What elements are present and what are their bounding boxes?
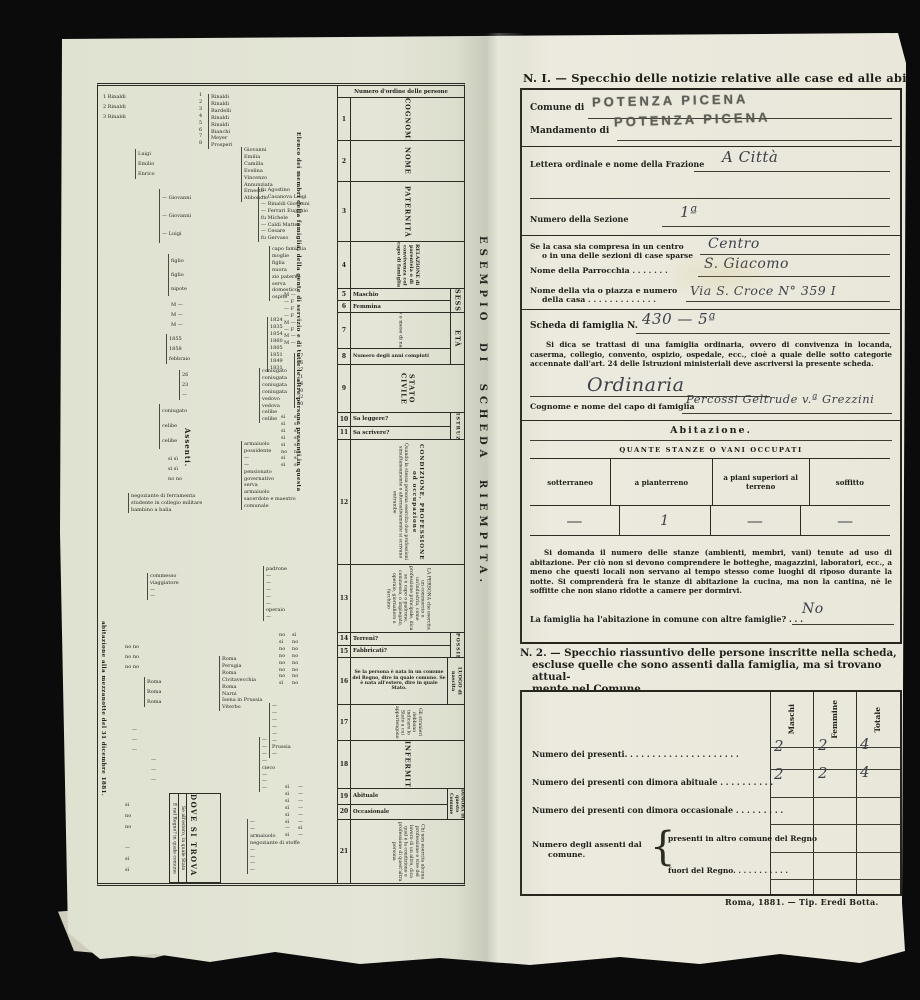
stanze-col-sotterraneo: sotterraneo [530, 459, 611, 505]
header-bottom-rule [770, 747, 900, 748]
header-stato-civile: 9 STATO CIVILE [338, 364, 464, 412]
assenti-anni-compiuti: 2623— [179, 370, 188, 400]
nota-paragraph: Si domanda il numero delle stanze (ambie… [530, 548, 892, 596]
sezione-label: Numero della Sezione [530, 214, 628, 224]
n2-title-line2: escluse quelle che sono assenti dalla fa… [520, 660, 902, 684]
famiglie-line [792, 624, 894, 625]
stanze-value-piani-superiori: — [711, 506, 801, 535]
header-sublabel: Se la persona è nata in un comune del Re… [351, 658, 447, 704]
stanze-value-soffitto: — [801, 506, 890, 535]
assenti-possiede: no nono nono no [125, 642, 139, 672]
header-label: Terreni? [351, 636, 450, 642]
paper-stain [660, 250, 780, 300]
assenti-dashes-2: ——— [151, 755, 156, 785]
main-sesso: M —— F— F— FM —— FM —M — [284, 292, 296, 347]
n2-title: N. 2. — Specchio riassuntivo delle perso… [520, 648, 902, 696]
capo-handwriting: Percossi Geltrude v.ª Grezzini [686, 392, 874, 406]
sezione-handwriting: 1ª [680, 203, 698, 221]
row-rule [770, 852, 900, 853]
col-number: 18 [338, 741, 351, 788]
main-terreni: nosìnononononosì [279, 632, 285, 687]
header-label: CONDIZIONE, PROFESSIONE od occupazione [410, 440, 424, 564]
frazione-handwriting: A Città [722, 148, 778, 166]
col-number: 9 [338, 365, 351, 412]
via-label-1: Nome della via o piazza e numero [530, 286, 677, 295]
header-occasionale: 20Occasionale [338, 804, 447, 820]
n2-box: Maschi Femmine Totale Numero dei present… [520, 690, 902, 896]
assenti-sa-leggere-scrivere: sì sìsì sìno no [168, 454, 182, 484]
assenti-dove-regno-vals: sìnono [125, 800, 131, 833]
divider [522, 420, 900, 421]
famiglie-handwriting: No [802, 601, 824, 617]
col-number: 19 [338, 789, 351, 804]
mandamento-label: Mandamento di [530, 126, 609, 136]
n2-row4-sub2: fuori del Regno. . . . . . . . . . . [668, 866, 788, 875]
header-possiede-group: 14Terreni? 15Fabbricati? POSSIEDE [338, 632, 464, 657]
stanze-col-soffitto: soffitto [810, 459, 890, 505]
assenti-anno-nascita: 18551858febbraio [166, 334, 190, 364]
capo-line [682, 413, 892, 414]
main-fabbricati: sìnonononononono [292, 632, 298, 687]
sezione-line [662, 226, 890, 227]
header-label: PATERNITÀ [403, 186, 411, 238]
assenti-posizione: commesso viaggiatore—— [147, 573, 205, 600]
col-number: 1 [338, 98, 351, 140]
main-ordine: 12345678 [199, 92, 202, 147]
stanze-title: QUANTE STANZE O VANI OCCUPATI [522, 446, 900, 454]
page-crease [455, 33, 525, 963]
scheda-line [636, 333, 890, 334]
header-paternita: 3 PATERNITÀ [338, 181, 464, 241]
header-sa-leggere: 10Sa leggere? [338, 413, 450, 426]
assenti-paternita: — Giovanni— Giovanni— Luigi [159, 189, 191, 243]
col-number: 16 [338, 658, 351, 704]
col-number: 17 [338, 705, 351, 740]
capo-label: Cognome e nome del capo di famiglia [530, 402, 695, 411]
main-professione: armaiuolopossidente——pensionato governat… [241, 441, 302, 510]
header-label: Sa scrivere? [351, 430, 450, 436]
col-number: 3 [338, 182, 351, 241]
header-label: INFERMITÀ [403, 741, 411, 788]
header-label: Chi non esercita alcuna professione e vi… [390, 820, 424, 883]
row-rule [770, 769, 900, 770]
header-label: Maschio [351, 292, 450, 298]
n2-row1-femmine: 2 [818, 736, 828, 754]
n2-row4-label2: comune. [548, 850, 585, 859]
n2-row3-label: Numero dei presenti con dimora occasiona… [532, 805, 783, 815]
header-label: Anno o mese di nascita [397, 313, 403, 348]
col-number: 10 [338, 413, 351, 426]
assenti-dove-estero-vals: —sìsì [125, 843, 130, 876]
col-number: 2 [338, 141, 351, 181]
header-anni-compiuti: 8Numero degli anni compiuti [338, 348, 450, 364]
stanze-value-pianterreno: 1 [620, 506, 710, 535]
header-cognome: 1 COGNOME [338, 97, 464, 140]
istruzioni-paragraph: Si dica se trattasi di una famiglia ordi… [530, 340, 892, 369]
assenti-ordine-cognome: 1 Rinaldi2 Rinaldi3 Rinaldi [103, 92, 126, 122]
col-number: 7 [338, 313, 351, 348]
n2-row2-femmine: 2 [818, 764, 828, 782]
row-rule [770, 797, 900, 798]
header-label: RELAZIONE di parentela o di convivenza c… [395, 242, 420, 288]
header-label: NOME [403, 147, 411, 175]
comune-stamp: POTENZA PICENA [592, 91, 749, 109]
divider [522, 146, 900, 147]
header-anno-nascita: 7Anno o mese di nascita [338, 313, 450, 348]
blank-line [530, 198, 890, 199]
header-label: Sa leggere? [351, 416, 450, 422]
brace: { [650, 824, 675, 870]
header-sesso-group: 5Maschio 6Femmina SESSO [338, 288, 464, 312]
scheda-handwriting: 430 — 5ª [642, 310, 716, 328]
n2-row2-maschi: 2 [774, 765, 784, 783]
scheda-label: Scheda di famiglia N. [530, 321, 638, 331]
header-nome: 2 NOME [338, 140, 464, 181]
header-terreni: 14Terreni? [338, 633, 450, 645]
header-numero-ordine: Numero d'ordine delle persone [338, 86, 464, 97]
main-anni-compiuti: 5746272176303250 [294, 353, 303, 408]
col-number: 5 [338, 289, 351, 300]
header-label: COGNOME [403, 98, 411, 140]
dove-regno-header: È nel Regno? in quale comune [170, 794, 179, 882]
main-paternita: fu Agostino— Casanova Luigi— Rinaldi Gio… [258, 187, 310, 242]
tipo-handwriting: Ordinaria [587, 374, 684, 396]
header-mantenimento: 21 Chi non esercita alcuna professione e… [338, 819, 464, 883]
col-number: 21 [338, 820, 351, 883]
stanze-table: sotterraneo a pianterreno a piani superi… [530, 458, 890, 536]
header-label: Occasionale [351, 809, 447, 815]
elenco-title-line2: abitazione alla mezzanotte del 31 dicemb… [100, 621, 106, 851]
mandamento-line [617, 140, 892, 141]
rule [530, 440, 892, 441]
assenti-stato-civile: coniugatocelibecelibe [159, 404, 187, 449]
via-label-2: della casa . . . . . . . . . . . . . [542, 295, 656, 304]
assenti-nome: LuigiEmilioEnrico [135, 149, 155, 179]
header-infermita: 18 INFERMITÀ [338, 740, 464, 788]
header-fabbricati: 15Fabbricati? [338, 645, 450, 658]
n1-box: Comune di POTENZA PICENA Mandamento di P… [520, 88, 902, 644]
dove-title: DOVE SI TROVA [187, 794, 200, 882]
header-istruzione-group: 10Sa leggere? 11Sa scrivere? ISTRUZIONE [338, 412, 464, 439]
example-table-header-band: Numero d'ordine delle persone 1 COGNOME … [337, 86, 464, 883]
col-number: 13 [338, 565, 351, 632]
dove-si-trova-box: È nel Regno? in quale comune Se all'este… [169, 793, 221, 883]
main-luogo-nascita: RomaPerugiaRomaCivitavecchiaRomaNarniIse… [219, 656, 262, 711]
col-number: 4 [338, 242, 351, 288]
main-anno-nascita: 18241835185418601805185118491831 [267, 317, 283, 372]
col-number: 6 [338, 301, 351, 312]
col-number: 12 [338, 440, 351, 564]
header-label: Numero d'ordine delle persone [338, 86, 464, 97]
header-abituale: 19Abituale [338, 789, 447, 804]
col-number: 15 [338, 646, 351, 658]
scanned-census-document: Numero d'ordine delle persone 1 COGNOME … [0, 0, 920, 1000]
header-label: Totale [873, 707, 882, 733]
n2-row1-maschi: 2 [774, 737, 784, 755]
main-mantenuto-da: ——armaiuolonegoziante di stoffe———— [247, 819, 302, 874]
assenti-luogo-nascita: RomaRomaRoma [144, 677, 162, 707]
parrocchia-label: Nome della Parrocchia . . . . . . . [530, 266, 668, 275]
assenti-relazione: figliofiglionipote [168, 254, 187, 296]
n1-title: N. I. — Specchio delle notizie relative … [523, 71, 903, 85]
main-posizione: padrone—————operaio— [263, 566, 287, 621]
header-stranieri: 17 Gli stranieri debbono indicare lo Sta… [338, 704, 464, 740]
header-sa-scrivere: 11Sa scrivere? [338, 426, 450, 440]
header-sublabel: Quando la stessa persona esercita due pr… [391, 440, 408, 564]
stanze-col-piani-superiori: a piani superiori al terreno [713, 459, 810, 505]
header-label: Fabbricati? [351, 648, 450, 654]
stanze-col-pianterreno: a pianterreno [611, 459, 712, 505]
main-infermita: ————cieco——— [259, 737, 275, 792]
example-table: Numero d'ordine delle persone 1 COGNOME … [97, 83, 465, 886]
n2-row2-label: Numero dei presenti con dimora abituale … [532, 777, 773, 787]
col-number: 8 [338, 349, 351, 364]
header-label: STATO CIVILE [399, 365, 415, 412]
header-label: Maschi [787, 704, 796, 734]
stanze-value-sotterraneo: — [530, 506, 620, 535]
header-label: Femmine [830, 700, 839, 739]
header-condizione: 12 Quando la stessa persona esercita due… [338, 439, 464, 564]
col-number: 11 [338, 427, 351, 440]
frazione-label: Lettera ordinale e nome della Frazione [530, 159, 704, 169]
mandamento-stamp: POTENZA PICENA [614, 110, 771, 130]
header-eta-group: 7Anno o mese di nascita 8Numero degli an… [338, 312, 464, 364]
header-relazione: 4 RELAZIONE di parentela o di convivenza… [338, 241, 464, 288]
col-number: 14 [338, 633, 351, 645]
n2-row1-totale: 4 [860, 735, 870, 753]
n2-row1-label: Numero dei presenti. . . . . . . . . . .… [532, 749, 739, 759]
header-label: LA PERSONA che esercita un commercio o u… [385, 565, 431, 632]
n2-row4-label1: Numero degli assenti dal [532, 840, 642, 849]
assenti-dashes-1: ——— [132, 725, 137, 755]
assenti-professione: negoziante di ferramentastudente in coll… [128, 493, 203, 513]
header-label: Numero degli anni compiuti [351, 354, 450, 359]
n2-row4-sub1: presenti in altro comune del Regno [668, 834, 817, 843]
col-number: 20 [338, 805, 351, 820]
comune-label: Comune di [530, 103, 584, 113]
header-label: Abituale [351, 793, 447, 799]
row-rule [770, 824, 900, 825]
n2-row2-totale: 4 [860, 763, 870, 781]
imprint-footer: Roma, 1881. — Tip. Eredi Botta. [725, 897, 879, 907]
header-femmina: 6Femmina [338, 300, 450, 312]
famiglie-label: La famiglia ha l'abitazione in comune co… [530, 614, 803, 624]
header-luogo-nascita: 16 Se la persona è nata in un comune del… [338, 657, 464, 704]
dove-estero-header: Se all'estero, in quale Stato [179, 794, 188, 882]
header-label: Femmina [351, 304, 450, 310]
header-maschio: 5Maschio [338, 289, 450, 300]
via-line [686, 301, 890, 302]
row-rule [770, 879, 900, 880]
assenti-sesso: M —M —M — [171, 300, 183, 330]
abitazione-title: Abitazione. [522, 425, 900, 436]
frazione-line [694, 171, 890, 172]
header-label: Gli stranieri debbono indicare lo Stato … [393, 705, 422, 740]
main-cognome: RinaldiRinaldiBardelliRinaldiRinaldiBian… [208, 94, 232, 149]
header-dimora-group: 19Abituale 20Occasionale DIMORA in quest… [338, 788, 464, 819]
header-la-persona: 13 LA PERSONA che esercita un commercio … [338, 564, 464, 632]
